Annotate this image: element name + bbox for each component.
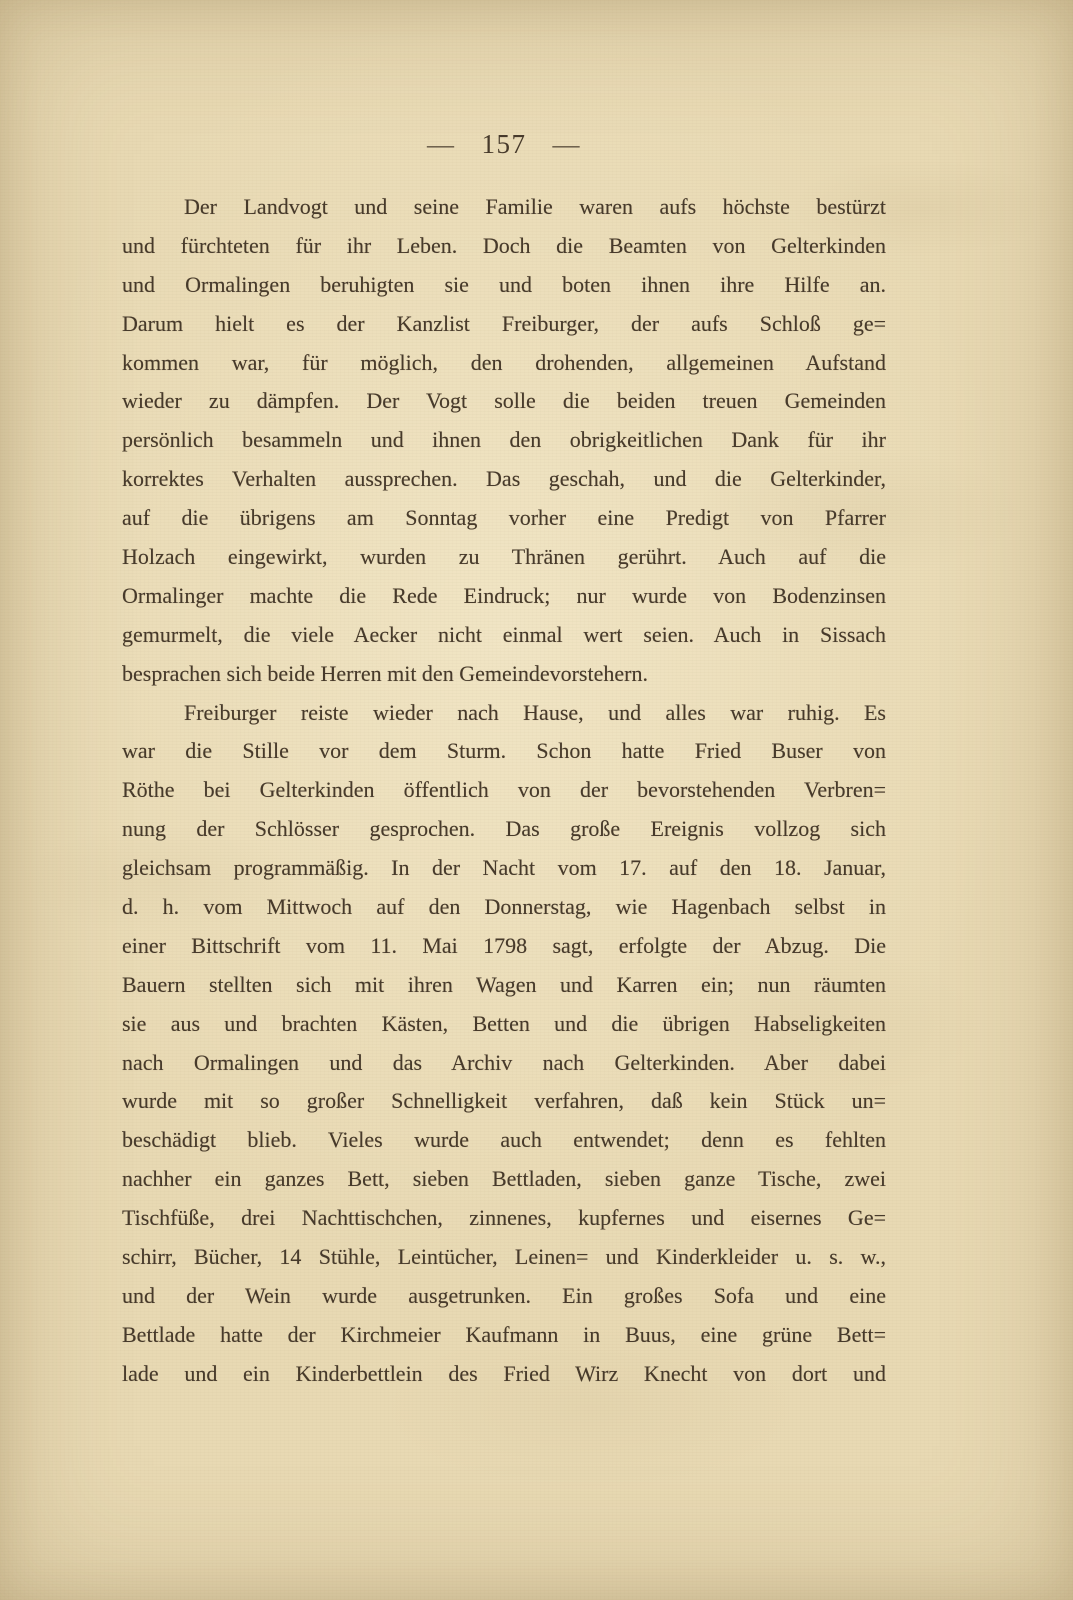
text-line: persönlich besammeln und ihnen den obrig…	[122, 421, 886, 460]
header-dash-left: —	[427, 129, 456, 159]
text-line: Bauern stellten sich mit ihren Wagen und…	[122, 966, 886, 1005]
text-line: lade und ein Kinderbettlein des Fried Wi…	[122, 1355, 886, 1394]
text-line: besprachen sich beide Herren mit den Gem…	[122, 655, 886, 694]
text-line: war die Stille vor dem Sturm. Schon hatt…	[122, 732, 886, 771]
page-number: 157	[482, 129, 527, 159]
text-line: Ormalinger machte die Rede Eindruck; nur…	[122, 577, 886, 616]
text-line: Der Landvogt und seine Familie waren auf…	[122, 188, 886, 227]
text-line: schirr, Bücher, 14 Stühle, Leintücher, L…	[122, 1238, 886, 1277]
text-line: Holzach eingewirkt, wurden zu Thränen ge…	[122, 538, 886, 577]
text-line: d. h. vom Mittwoch auf den Donnerstag, w…	[122, 888, 886, 927]
text-line: Röthe bei Gelterkinden öffentlich von de…	[122, 771, 886, 810]
text-line: korrektes Verhalten aussprechen. Das ges…	[122, 460, 886, 499]
text-line: wurde mit so großer Schnelligkeit verfah…	[122, 1082, 886, 1121]
text-line: und der Wein wurde ausgetrunken. Ein gro…	[122, 1277, 886, 1316]
text-line: und fürchteten für ihr Leben. Doch die B…	[122, 227, 886, 266]
text-line: nachher ein ganzes Bett, sieben Bettlade…	[122, 1160, 886, 1199]
text-line: gemurmelt, die viele Aecker nicht einmal…	[122, 616, 886, 655]
header-dash-right: —	[553, 129, 582, 159]
text-line: sie aus und brachten Kästen, Betten und …	[122, 1005, 886, 1044]
text-line: Tischfüße, drei Nachttischchen, zinnenes…	[122, 1199, 886, 1238]
text-line: Darum hielt es der Kanzlist Freiburger, …	[122, 305, 886, 344]
page-header: —157—	[122, 128, 886, 160]
text-line: gleichsam programmäßig. In der Nacht vom…	[122, 849, 886, 888]
text-line: wieder zu dämpfen. Der Vogt solle die be…	[122, 382, 886, 421]
text-line: Bettlade hatte der Kirchmeier Kaufmann i…	[122, 1316, 886, 1355]
text-line: kommen war, für möglich, den drohenden, …	[122, 344, 886, 383]
text-line: nung der Schlösser gesprochen. Das große…	[122, 810, 886, 849]
text-line: Freiburger reiste wieder nach Hause, und…	[122, 694, 886, 733]
text-line: auf die übrigens am Sonntag vorher eine …	[122, 499, 886, 538]
text-line: einer Bittschrift vom 11. Mai 1798 sagt,…	[122, 927, 886, 966]
text-line: beschädigt blieb. Vieles wurde auch entw…	[122, 1121, 886, 1160]
text-line: und Ormalingen beruhigten sie und boten …	[122, 266, 886, 305]
body-text: Der Landvogt und seine Familie waren auf…	[122, 188, 886, 1394]
scanned-page: —157— Der Landvogt und seine Familie war…	[0, 0, 1073, 1600]
text-line: nach Ormalingen und das Archiv nach Gelt…	[122, 1044, 886, 1083]
